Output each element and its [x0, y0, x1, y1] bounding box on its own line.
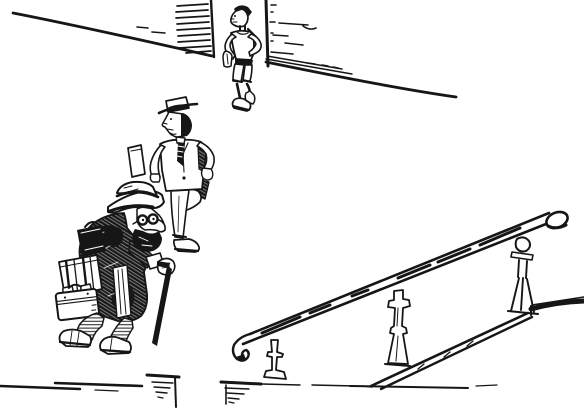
step-corner-a-vertical [175, 377, 176, 407]
handrail: Diagonal stair handrail with scroll end,… [233, 209, 584, 389]
walker-eye [170, 118, 172, 120]
left-wall [13, 0, 214, 57]
landing-edge-dashes [95, 390, 118, 391]
step-corner-b-edge [221, 382, 261, 384]
baluster-3-shaft [511, 260, 534, 312]
baluster-3-knob [516, 237, 530, 251]
walker-left-hand [150, 174, 160, 182]
oldman-right-pupil [152, 218, 154, 220]
runner-shorts-back-leg [243, 65, 252, 81]
walker-jacket-button [182, 176, 185, 179]
figure-young-man: Young man in a sleeveless shirt jogging … [223, 5, 261, 111]
stair-steps: Step edges of the stair landing with sha… [0, 375, 372, 407]
illustration-page: Stairwell doorway between two hatched wa… [0, 0, 584, 411]
floor-line-under-rail [350, 386, 468, 388]
baluster-1 [264, 340, 286, 379]
runner-head [231, 9, 248, 27]
step-corner-b-hatch [225, 388, 249, 403]
left-wall-hatch-lines [176, 4, 211, 53]
right-wall [266, 0, 456, 97]
rail-inner-shading-dashes [262, 228, 520, 333]
left-wall-top-edge [13, 13, 212, 56]
oldman-nose [158, 220, 165, 232]
figure-elderly-man: Elderly bearded man in hat and glasses, … [55, 182, 175, 354]
illustration-canvas: Stairwell doorway between two hatched wa… [0, 0, 584, 411]
baluster-3-disc [511, 252, 533, 260]
landing-edge-lines [0, 383, 142, 389]
walker-right-hand [202, 168, 213, 180]
oldman-left-pupil [142, 219, 144, 221]
figure-middle-aged-man: Middle-aged man in a fedora and light ja… [128, 97, 214, 252]
walker-trousers [171, 190, 189, 238]
left-wall-stray-dashes [137, 27, 165, 33]
walker-face [162, 112, 184, 137]
upper-flight-rail [531, 301, 584, 309]
left-wall-corner-edge [211, 0, 214, 57]
runner-eye [234, 15, 236, 17]
right-wall-bottom-edge [266, 62, 456, 97]
baluster-2 [388, 290, 410, 364]
walker-hair [181, 113, 192, 137]
floor-dash-right [476, 385, 497, 386]
step-corner-a-hatch [152, 382, 173, 398]
stringer-ticks [418, 341, 473, 369]
